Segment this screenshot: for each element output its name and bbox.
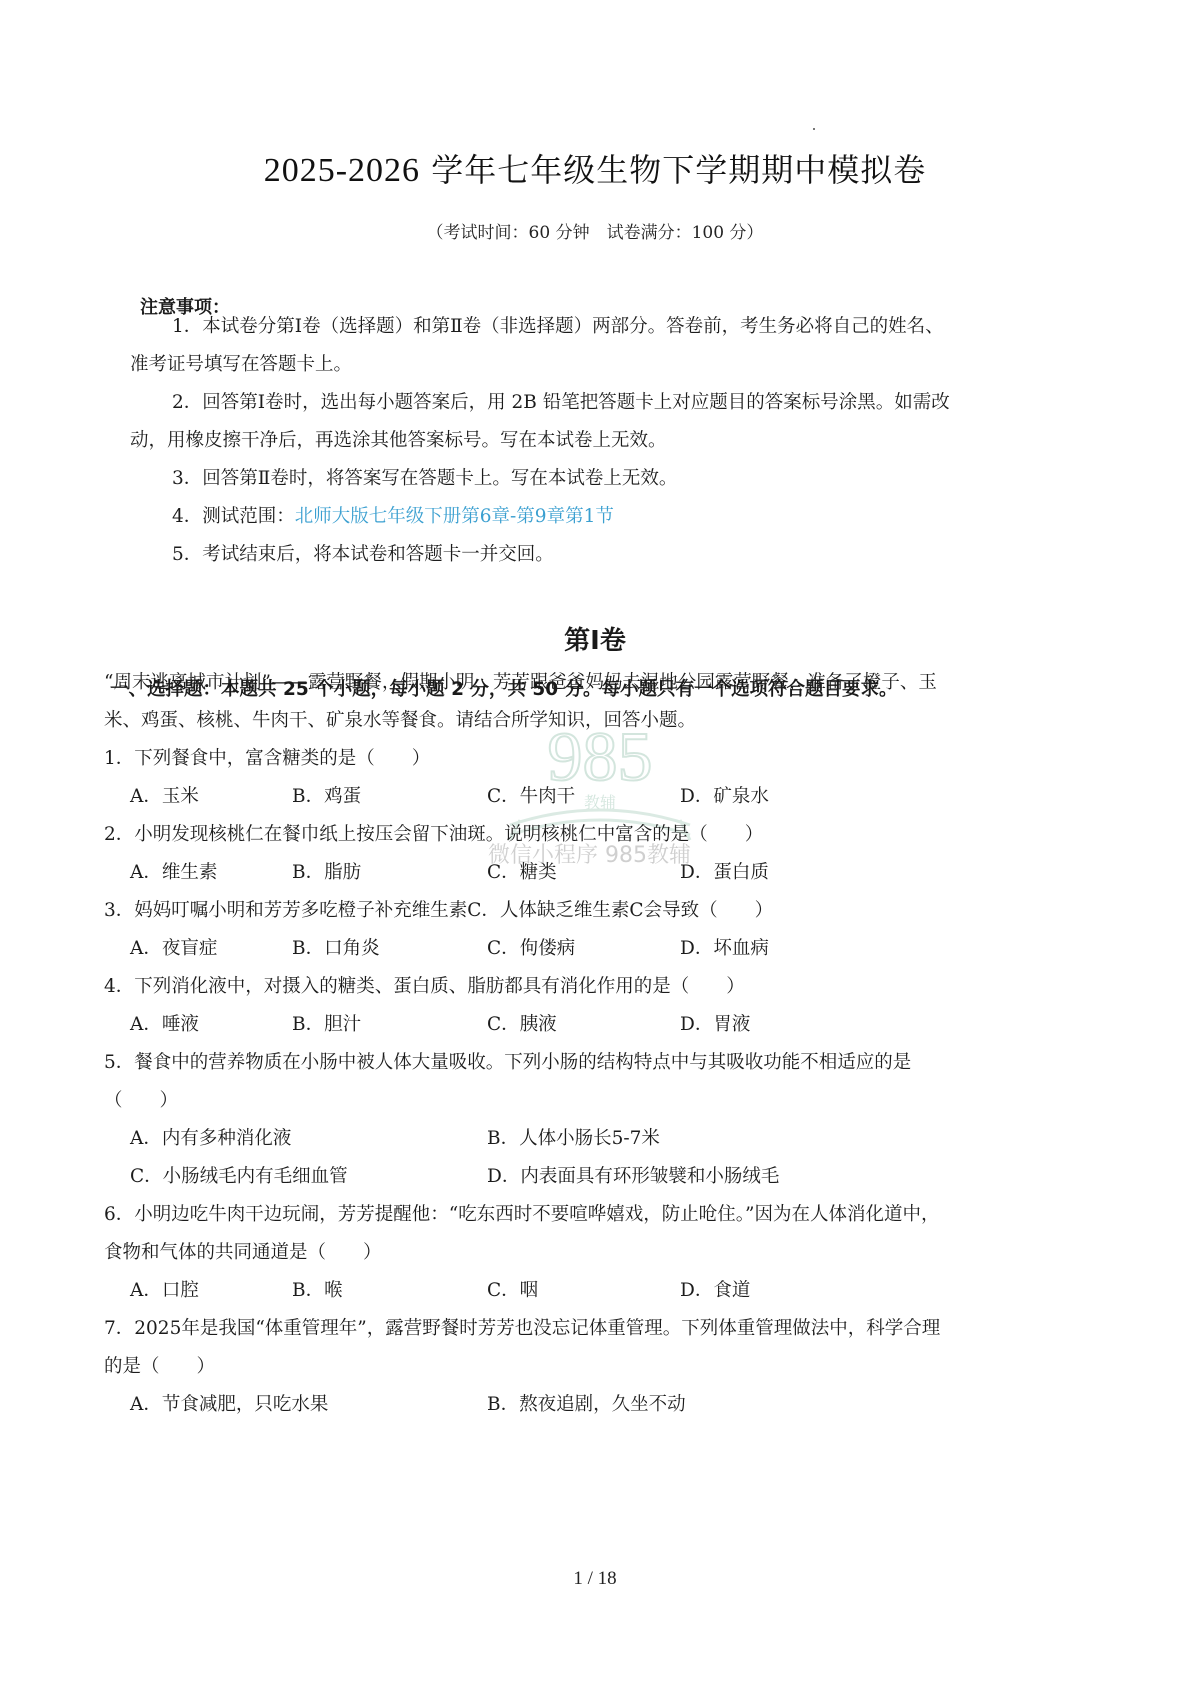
q3-option-c[interactable]: C．佝偻病 — [487, 934, 575, 960]
note-3: 3．回答第Ⅱ卷时，将答案写在答题卡上。写在本试卷上无效。 — [172, 464, 677, 490]
question-1-stem: 1．下列餐食中，富含糖类的是（ ） — [104, 744, 430, 770]
page-number: 1 / 18 — [0, 1568, 1190, 1590]
q3-option-d[interactable]: D．坏血病 — [680, 934, 769, 960]
watermark-caption: 教辅 — [584, 793, 616, 812]
question-7-stem-cont: 的是（ ） — [104, 1352, 215, 1378]
question-6-stem-cont: 食物和气体的共同通道是（ ） — [104, 1238, 382, 1264]
q3-option-b[interactable]: B．口角炎 — [292, 934, 380, 960]
q2-option-d[interactable]: D．蛋白质 — [680, 858, 769, 884]
q4-option-a[interactable]: A．唾液 — [130, 1010, 199, 1036]
page-title: 2025-2026 学年七年级生物下学期期中模拟卷 — [0, 145, 1190, 191]
q1-option-b[interactable]: B．鸡蛋 — [292, 782, 361, 808]
question-6-stem: 6．小明边吃牛肉干边玩闹，芳芳提醒他：“吃东西时不要喧哗嬉戏，防止呛住。”因为在… — [104, 1200, 939, 1226]
q4-option-d[interactable]: D．胃液 — [680, 1010, 750, 1036]
q6-option-a[interactable]: A．口腔 — [130, 1276, 199, 1302]
q5-option-b[interactable]: B．人体小肠长5-7米 — [487, 1124, 660, 1150]
speck — [813, 128, 815, 130]
intro-line-2: 米、鸡蛋、核桃、牛肉干、矿泉水等餐食。请结合所学知识，回答小题。 — [104, 706, 696, 732]
q4-option-b[interactable]: B．胆汁 — [292, 1010, 361, 1036]
q2-option-b[interactable]: B．脂肪 — [292, 858, 361, 884]
exam-page: 2025-2026 学年七年级生物下学期期中模拟卷 （考试时间：60 分钟 试卷… — [0, 0, 1190, 1683]
title-text: 学年七年级生物下学期期中模拟卷 — [431, 151, 926, 189]
part-title: 第Ⅰ卷 — [0, 620, 1190, 657]
intro-line-1: “周末逃离城市计划”——露营野餐，假期小明、芳芳跟爸爸妈妈去湿地公园露营野餐，准… — [104, 668, 937, 694]
question-3-stem: 3．妈妈叮嘱小明和芳芳多吃橙子补充维生素C．人体缺乏维生素C会导致（ ） — [104, 896, 773, 922]
question-5-stem-cont: （ ） — [104, 1086, 178, 1112]
test-scope-link[interactable]: 北师大版七年级下册第6章-第9章第1节 — [295, 506, 614, 527]
q1-option-d[interactable]: D．矿泉水 — [680, 782, 769, 808]
q5-option-c[interactable]: C．小肠绒毛内有毛细血管 — [130, 1162, 348, 1188]
exam-info: （考试时间：60 分钟 试卷满分：100 分） — [0, 218, 1190, 243]
q6-option-c[interactable]: C．咽 — [487, 1276, 538, 1302]
q6-option-b[interactable]: B．喉 — [292, 1276, 343, 1302]
note-5: 5．考试结束后，将本试卷和答题卡一并交回。 — [172, 540, 554, 566]
note-1-line2: 准考证号填写在答题卡上。 — [130, 350, 352, 376]
q5-option-a[interactable]: A．内有多种消化液 — [130, 1124, 291, 1150]
q5-option-d[interactable]: D．内表面具有环形皱襞和小肠绒毛 — [487, 1162, 779, 1188]
question-7-stem: 7．2025年是我国“体重管理年”，露营野餐时芳芳也没忘记体重管理。下列体重管理… — [104, 1314, 940, 1340]
q2-option-a[interactable]: A．维生素 — [130, 858, 217, 884]
title-year: 2025-2026 — [264, 152, 420, 189]
note-2-line2: 动，用橡皮擦干净后，再选涂其他答案标号。写在本试卷上无效。 — [130, 426, 667, 452]
q1-option-a[interactable]: A．玉米 — [130, 782, 199, 808]
question-2-stem: 2．小明发现核桃仁在餐巾纸上按压会留下油斑。说明核桃仁中富含的是（ ） — [104, 820, 763, 846]
q1-option-c[interactable]: C．牛肉干 — [487, 782, 575, 808]
q4-option-c[interactable]: C．胰液 — [487, 1010, 557, 1036]
q7-option-a[interactable]: A．节食减肥，只吃水果 — [130, 1390, 328, 1416]
q2-option-c[interactable]: C．糖类 — [487, 858, 557, 884]
q3-option-a[interactable]: A．夜盲症 — [130, 934, 217, 960]
q6-option-d[interactable]: D．食道 — [680, 1276, 750, 1302]
question-4-stem: 4．下列消化液中，对摄入的糖类、蛋白质、脂肪都具有消化作用的是（ ） — [104, 972, 745, 998]
note-4: 4．测试范围：北师大版七年级下册第6章-第9章第1节 — [172, 502, 614, 528]
note-4-prefix: 4．测试范围： — [172, 506, 295, 527]
note-2-line1: 2．回答第Ⅰ卷时，选出每小题答案后，用 2B 铅笔把答题卡上对应题目的答案标号涂… — [172, 388, 950, 414]
question-5-stem: 5．餐食中的营养物质在小肠中被人体大量吸收。下列小肠的结构特点中与其吸收功能不相… — [104, 1048, 911, 1074]
note-1-line1: 1．本试卷分第Ⅰ卷（选择题）和第Ⅱ卷（非选择题）两部分。答卷前，考生务必将自己的… — [172, 312, 944, 338]
q7-option-b[interactable]: B．熬夜追剧，久坐不动 — [487, 1390, 686, 1416]
